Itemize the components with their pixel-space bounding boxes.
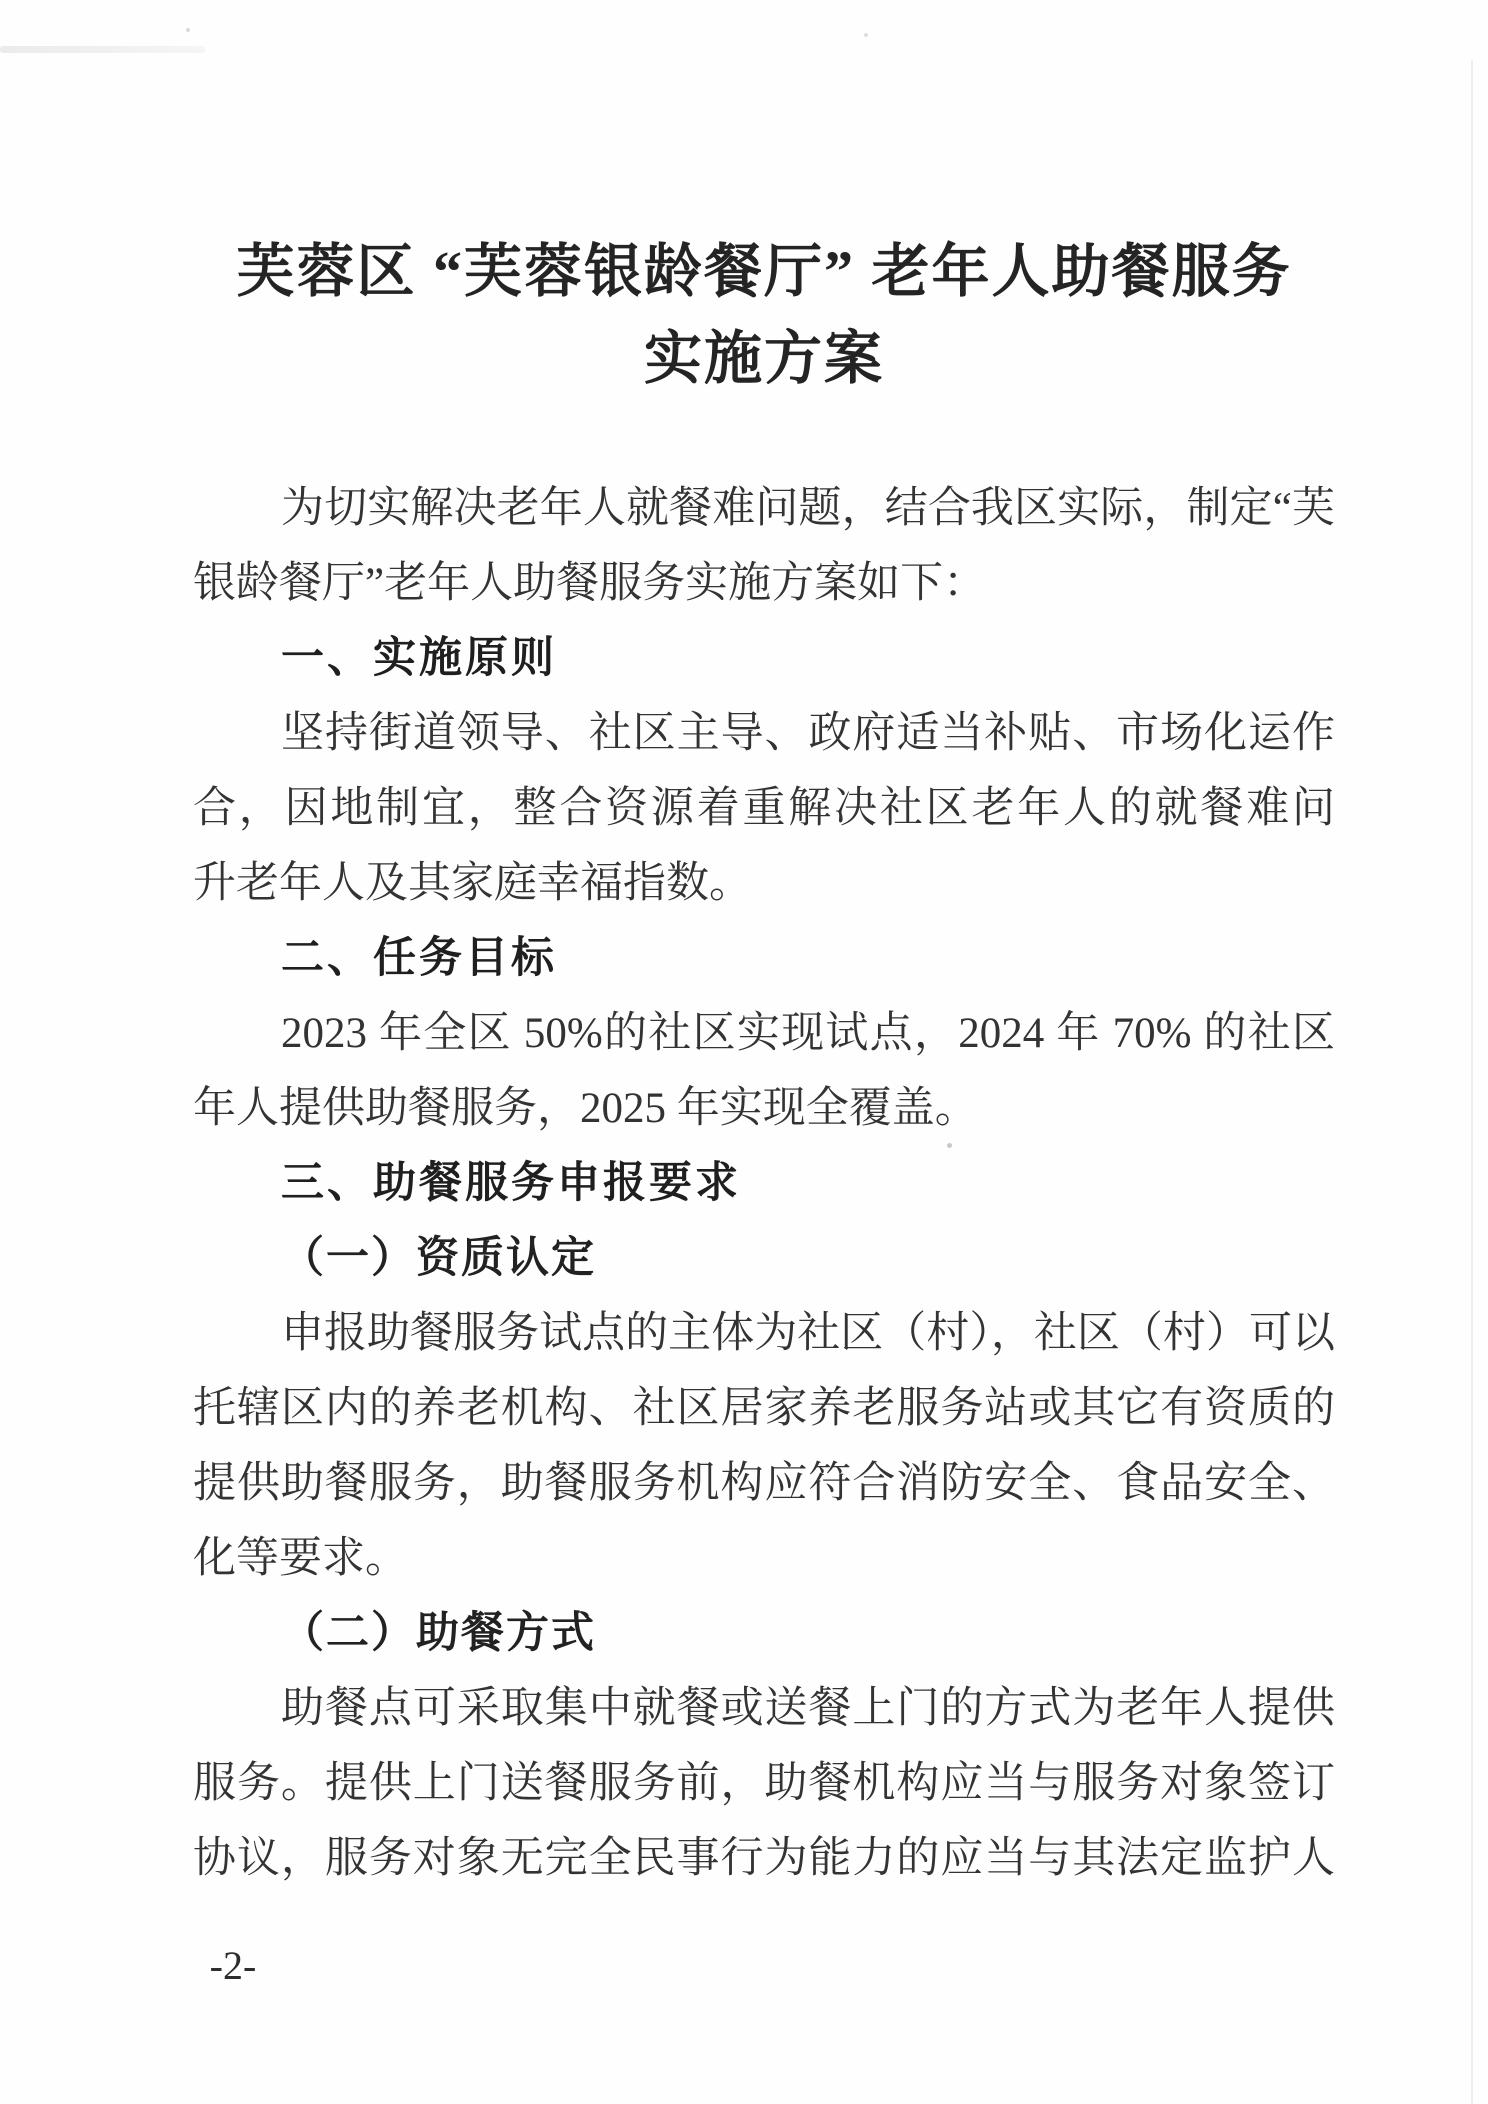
section-heading: 二、任务目标 (193, 921, 1335, 996)
scanned-document-page: 芙蓉区 “芙蓉银龄餐厅” 老年人助餐服务 实施方案 为切实解决老年人就餐难问题，… (0, 0, 1488, 2104)
text-line: 服务。提供上门送餐服务前，助餐机构应当与服务对象签订服务 (193, 1746, 1335, 1821)
text-line: 升老年人及其家庭幸福指数。 (193, 846, 1335, 921)
text-line: 2023 年全区 50%的社区实现试点，2024 年 70% 的社区能为老 (193, 996, 1335, 1071)
text-line: 协议，服务对象无完全民事行为能力的应当与其法定监护人签订 (193, 1821, 1335, 1896)
document-title-line-1: 芙蓉区 “芙蓉银龄餐厅” 老年人助餐服务 (193, 228, 1335, 315)
section-heading: （一）资质认定 (193, 1221, 1335, 1296)
section-heading: 一、实施原则 (193, 621, 1335, 696)
text-line: 托辖区内的养老机构、社区居家养老服务站或其它有资质的机构 (193, 1371, 1335, 1446)
document-title: 芙蓉区 “芙蓉银龄餐厅” 老年人助餐服务 实施方案 (193, 228, 1335, 402)
text-line: 申报助餐服务试点的主体为社区（村），社区（村）可以委 (193, 1296, 1335, 1371)
scan-speck (186, 28, 190, 32)
scan-smudge-top-left (0, 46, 205, 53)
text-line: 合，因地制宜，整合资源着重解决社区老年人的就餐难问题，提 (193, 771, 1335, 846)
text-line: 年人提供助餐服务，2025 年实现全覆盖。 (193, 1071, 1335, 1146)
text-line: 坚持街道领导、社区主导、政府适当补贴、市场化运作相结 (193, 696, 1335, 771)
text-line: 助餐点可采取集中就餐或送餐上门的方式为老年人提供助餐 (193, 1671, 1335, 1746)
text-line: 提供助餐服务，助餐服务机构应符合消防安全、食品安全、适老 (193, 1446, 1335, 1521)
scan-edge-line (1471, 60, 1473, 2104)
scan-speck (864, 33, 868, 37)
section-heading: 三、助餐服务申报要求 (193, 1146, 1335, 1221)
document-body: 为切实解决老年人就餐难问题，结合我区实际，制定“芙蓉银龄餐厅”老年人助餐服务实施… (193, 471, 1335, 1896)
text-line: 化等要求。 (193, 1521, 1335, 1596)
text-line: 为切实解决老年人就餐难问题，结合我区实际，制定“芙蓉 (193, 471, 1335, 546)
page-number: -2- (198, 1942, 268, 1989)
text-line: 银龄餐厅”老年人助餐服务实施方案如下： (193, 546, 1335, 621)
section-heading: （二）助餐方式 (193, 1596, 1335, 1671)
document-title-line-2: 实施方案 (193, 315, 1335, 402)
